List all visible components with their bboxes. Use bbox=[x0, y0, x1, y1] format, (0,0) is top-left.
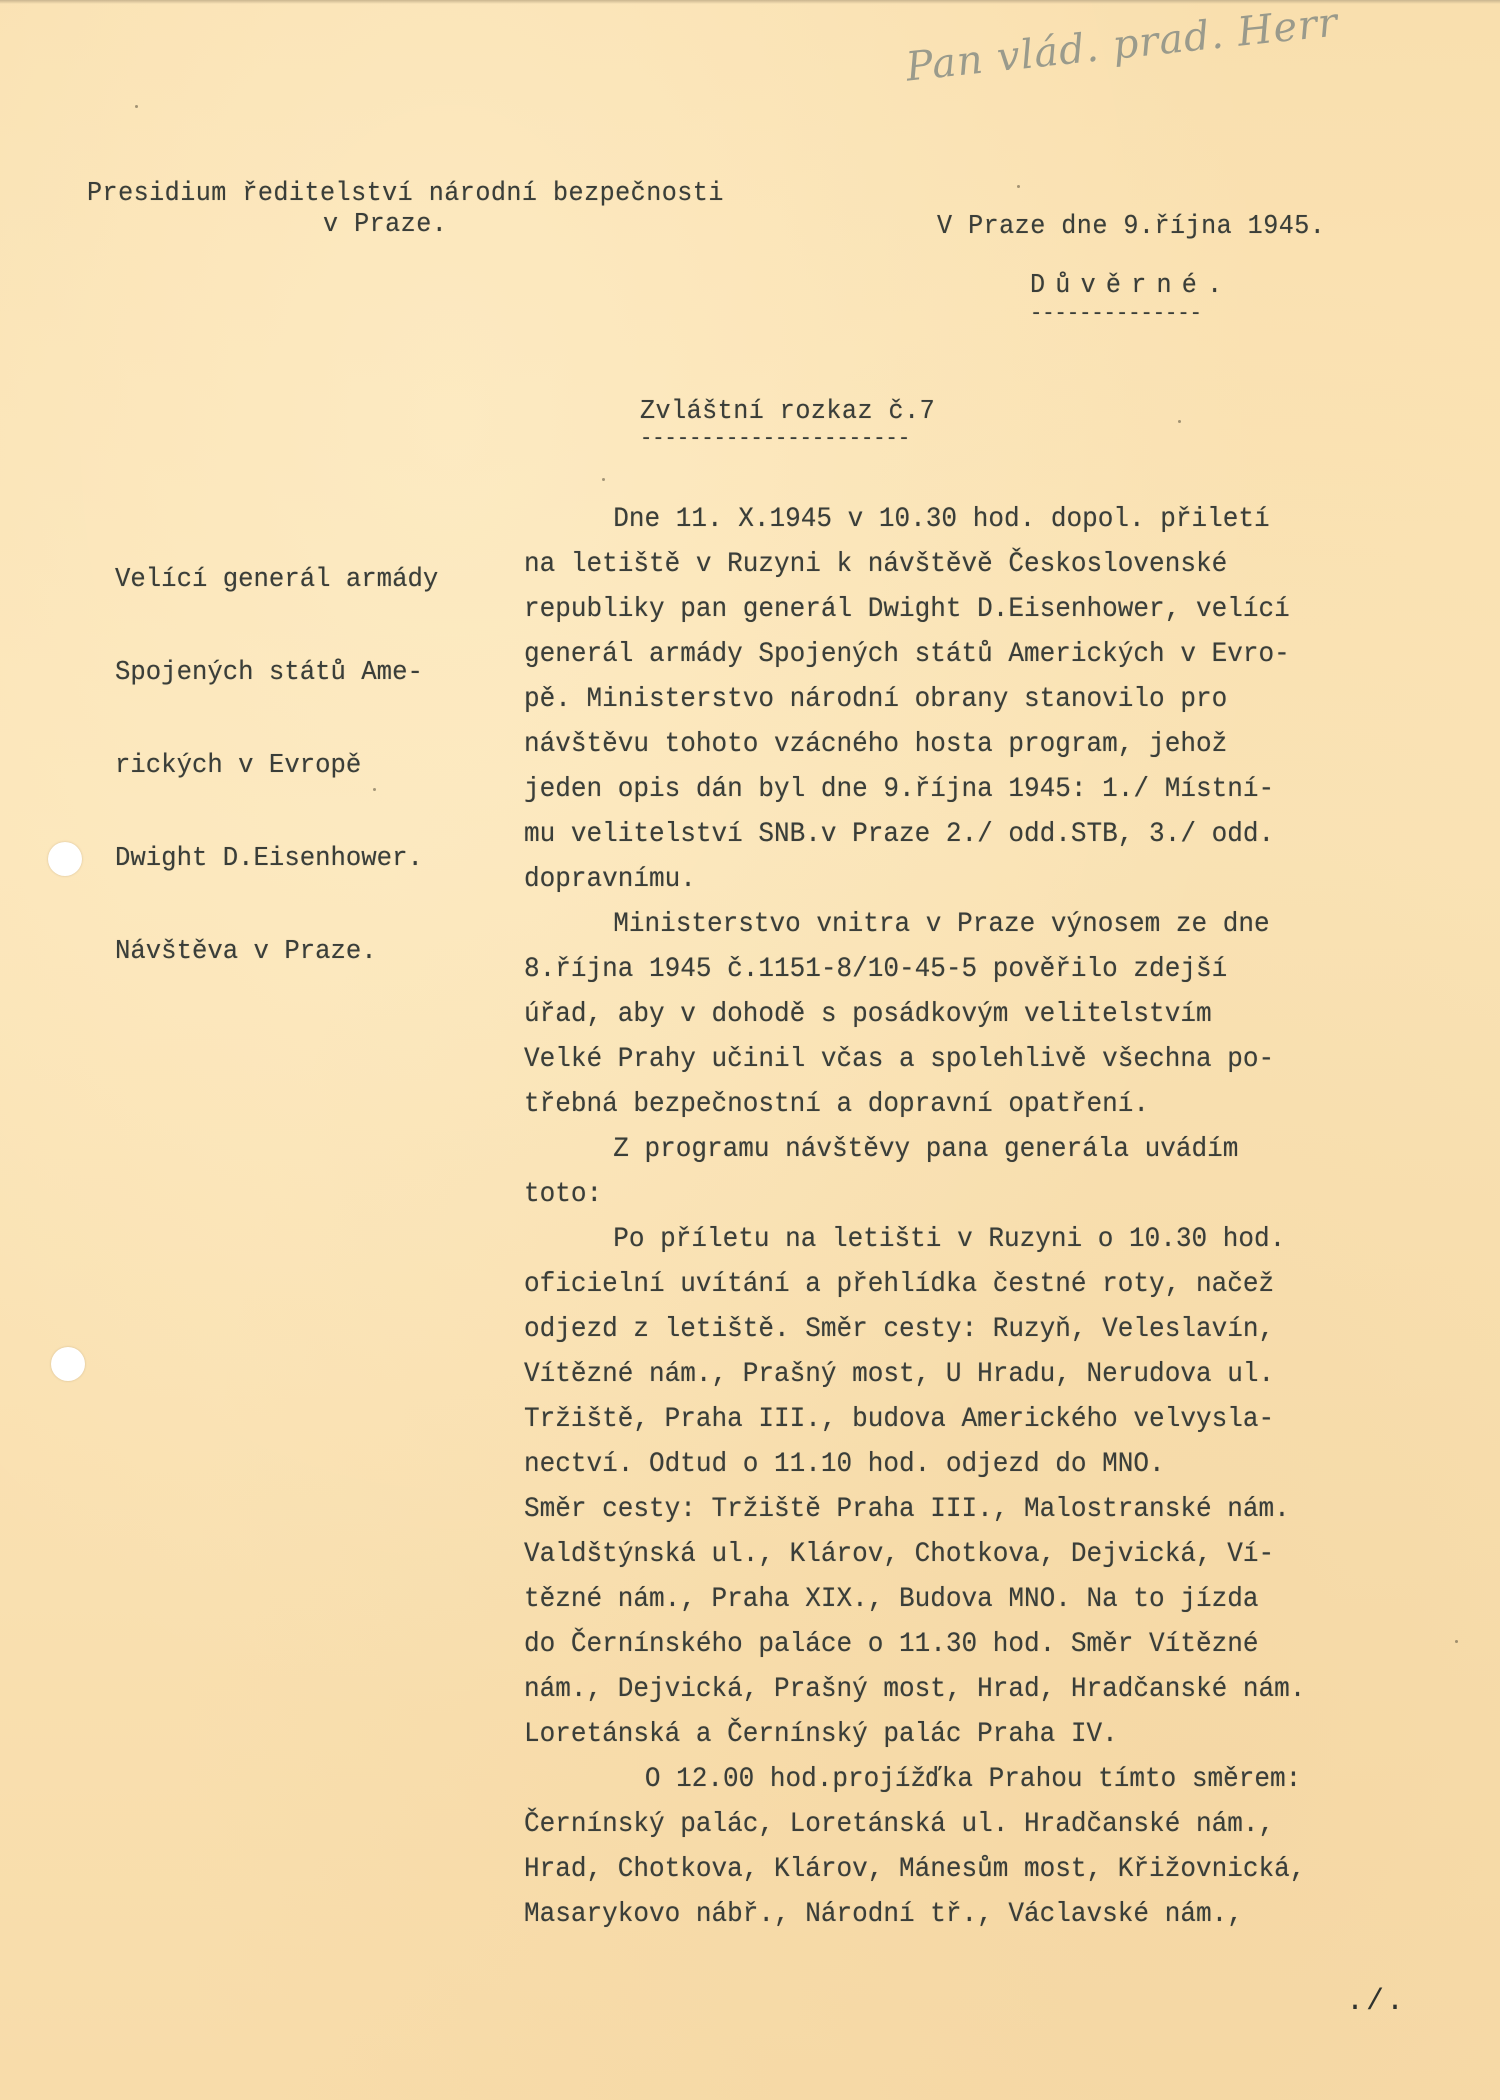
body-line: generál armády Spojených států Americkýc… bbox=[524, 632, 1417, 677]
body-line: do Černínského paláce o 11.30 hod. Směr … bbox=[524, 1622, 1417, 1667]
body-line: Masarykovo nábř., Národní tř., Václavské… bbox=[524, 1892, 1417, 1937]
body-line: Z programu návštěvy pana generála uvádím bbox=[524, 1127, 1417, 1172]
subject-line: rických v Evropě bbox=[115, 751, 438, 782]
punch-hole bbox=[51, 1347, 85, 1381]
paper-speck bbox=[602, 478, 605, 481]
punch-hole bbox=[48, 842, 82, 876]
document-date: V Praze dne 9.října 1945. bbox=[937, 213, 1325, 241]
body-line: nectví. Odtud o 11.10 hod. odjezd do MNO… bbox=[524, 1442, 1417, 1487]
body-line: úřad, aby v dohodě s posádkovým velitels… bbox=[524, 992, 1417, 1037]
body-line: pě. Ministerstvo národní obrany stanovil… bbox=[524, 677, 1417, 722]
subject-line: Dwight D.Eisenhower. bbox=[115, 844, 438, 875]
paper-top-edge bbox=[0, 0, 1500, 4]
body-line: republiky pan generál Dwight D.Eisenhowe… bbox=[524, 587, 1417, 632]
paper-speck bbox=[135, 105, 138, 108]
continuation-mark: ./. bbox=[1346, 1985, 1406, 2019]
paper-speck bbox=[1178, 420, 1181, 423]
body-line: Po příletu na letišti v Ruzyni o 10.30 h… bbox=[524, 1217, 1417, 1262]
title-underline: ---------------------- bbox=[640, 425, 910, 453]
paper-speck bbox=[1017, 185, 1020, 188]
body-line: na letiště v Ruzyni k návštěvě Českoslov… bbox=[524, 542, 1417, 587]
body-line: Tržiště, Praha III., budova Amerického v… bbox=[524, 1397, 1417, 1442]
body-line: oficielní uvítání a přehlídka čestné rot… bbox=[524, 1262, 1417, 1307]
body-line: jeden opis dán byl dne 9.října 1945: 1./… bbox=[524, 767, 1417, 812]
body-line: Velké Prahy učinil včas a spolehlivě vše… bbox=[524, 1037, 1417, 1082]
body-line: Dne 11. X.1945 v 10.30 hod. dopol. přile… bbox=[524, 497, 1417, 542]
body-line: Loretánská a Černínský palác Praha IV. bbox=[524, 1712, 1417, 1757]
document-title: Zvláštní rozkaz č.7 bbox=[640, 398, 935, 426]
subject-line: Velící generál armády bbox=[115, 565, 438, 596]
body-line: dopravnímu. bbox=[524, 857, 1417, 902]
paper-speck bbox=[373, 788, 376, 791]
body-line: tězné nám., Praha XIX., Budova MNO. Na t… bbox=[524, 1577, 1417, 1622]
body-line: Valdštýnská ul., Klárov, Chotkova, Dejvi… bbox=[524, 1532, 1417, 1577]
subject-block: Velící generál armády Spojených států Am… bbox=[115, 503, 438, 999]
body-line: 8.října 1945 č.1151-8/10-45-5 pověřilo z… bbox=[524, 947, 1417, 992]
body-line: odjezd z letiště. Směr cesty: Ruzyň, Vel… bbox=[524, 1307, 1417, 1352]
body-line: O 12.00 hod.projížďka Prahou tímto směre… bbox=[524, 1757, 1417, 1802]
issuer-line-2: v Praze. bbox=[323, 211, 447, 239]
body-line: Černínský palác, Loretánská ul. Hradčans… bbox=[524, 1802, 1417, 1847]
body-line: návštěvu tohoto vzácného hosta program, … bbox=[524, 722, 1417, 767]
body-line: Ministerstvo vnitra v Praze výnosem ze d… bbox=[524, 902, 1417, 947]
classification-label: Důvěrné. bbox=[1030, 272, 1232, 300]
body-line: nám., Dejvická, Prašný most, Hrad, Hradč… bbox=[524, 1667, 1417, 1712]
classification-underline: -------------- bbox=[1030, 300, 1202, 328]
body-line: Směr cesty: Tržiště Praha III., Malostra… bbox=[524, 1487, 1417, 1532]
body-text: Dne 11. X.1945 v 10.30 hod. dopol. přile… bbox=[524, 497, 1484, 1937]
body-line: Vítězné nám., Prašný most, U Hradu, Neru… bbox=[524, 1352, 1417, 1397]
body-line: třebná bezpečnostní a dopravní opatření. bbox=[524, 1082, 1417, 1127]
subject-line: Spojených států Ame- bbox=[115, 658, 438, 689]
body-line: mu velitelství SNB.v Praze 2./ odd.STB, … bbox=[524, 812, 1417, 857]
body-line: Hrad, Chotkova, Klárov, Mánesům most, Kř… bbox=[524, 1847, 1417, 1892]
body-line: toto: bbox=[524, 1172, 1417, 1217]
paper-speck bbox=[1455, 1640, 1458, 1643]
issuer-line-1: Presidium ředitelství národní bezpečnost… bbox=[87, 180, 724, 208]
subject-line: Návštěva v Praze. bbox=[115, 937, 438, 968]
handwritten-note: Pan vlád. prad. Herr bbox=[904, 0, 1341, 91]
